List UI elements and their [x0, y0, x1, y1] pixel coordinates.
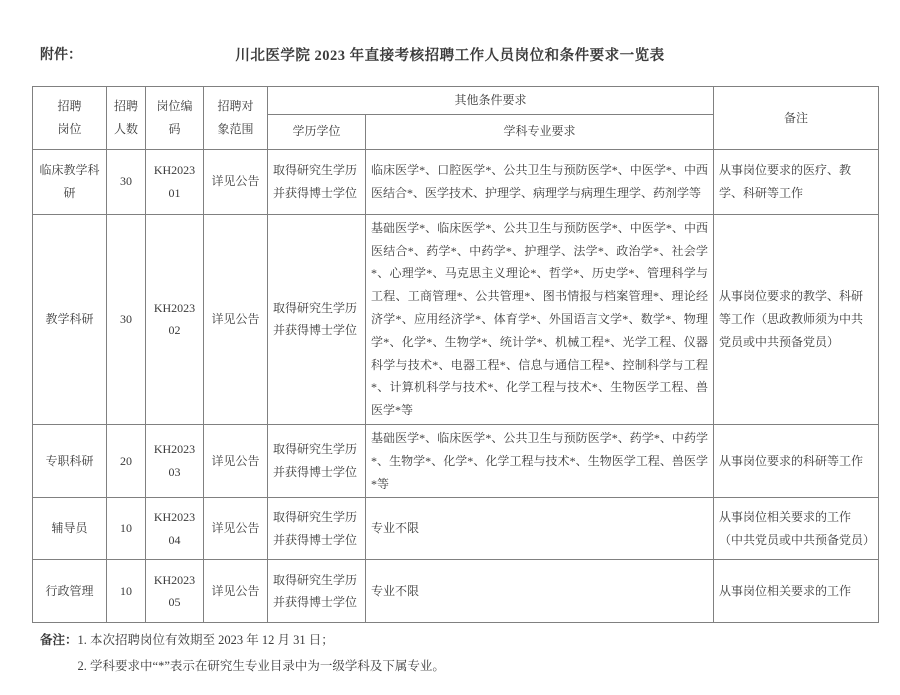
notes-list: 1. 本次招聘岗位有效期至 2023 年 12 月 31 日； 2. 学科要求中… — [78, 631, 445, 682]
header-degree: 学历学位 — [268, 114, 366, 149]
cell-scope: 详见公告 — [204, 424, 268, 497]
cell-code: KH202302 — [146, 214, 204, 424]
table-row: 行政管理 10 KH202305 详见公告 取得研究生学历 并获得博士学位 专业… — [33, 560, 879, 623]
header-remark: 备注 — [714, 87, 879, 150]
recruitment-table: 招聘 岗位 招聘 人数 岗位编码 招聘对 象范围 其他条件要求 备注 学历学位 … — [32, 86, 879, 623]
cell-majors: 专业不限 — [366, 498, 714, 560]
cell-degree: 取得研究生学历 并获得博士学位 — [268, 498, 366, 560]
cell-remark: 从事岗位要求的教学、科研等工作（思政教师须为中共党员或中共预备党员） — [714, 214, 879, 424]
cell-code: KH202303 — [146, 424, 204, 497]
cell-code: KH202305 — [146, 560, 204, 623]
header-majors: 学科专业要求 — [366, 114, 714, 149]
title-bar: 附件： 川北医学院 2023 年直接考核招聘工作人员岗位和条件要求一览表 — [0, 44, 900, 68]
header-other-conditions: 其他条件要求 — [268, 87, 714, 115]
footnotes: 备注： 1. 本次招聘岗位有效期至 2023 年 12 月 31 日； 2. 学… — [40, 631, 900, 682]
cell-count: 20 — [107, 424, 146, 497]
cell-remark: 从事岗位要求的科研等工作 — [714, 424, 879, 497]
cell-degree: 取得研究生学历 并获得博士学位 — [268, 214, 366, 424]
cell-remark: 从事岗位相关要求的工作 （中共党员或中共预备党员） — [714, 498, 879, 560]
cell-degree: 取得研究生学历 并获得博士学位 — [268, 424, 366, 497]
cell-post: 专职科研 — [33, 424, 107, 497]
cell-post: 辅导员 — [33, 498, 107, 560]
cell-code: KH202304 — [146, 498, 204, 560]
cell-scope: 详见公告 — [204, 498, 268, 560]
header-row-1: 招聘 岗位 招聘 人数 岗位编码 招聘对 象范围 其他条件要求 备注 — [33, 87, 879, 115]
table-row: 教学科研 30 KH202302 详见公告 取得研究生学历 并获得博士学位 基础… — [33, 214, 879, 424]
attachment-label: 附件： — [40, 44, 82, 64]
cell-scope: 详见公告 — [204, 560, 268, 623]
cell-degree: 取得研究生学历 并获得博士学位 — [268, 560, 366, 623]
document-page: 附件： 川北医学院 2023 年直接考核招聘工作人员岗位和条件要求一览表 招聘 … — [0, 0, 900, 695]
cell-count: 30 — [107, 214, 146, 424]
cell-code: KH202301 — [146, 149, 204, 214]
cell-scope: 详见公告 — [204, 149, 268, 214]
cell-count: 10 — [107, 560, 146, 623]
cell-post: 行政管理 — [33, 560, 107, 623]
cell-remark: 从事岗位要求的医疗、教学、科研等工作 — [714, 149, 879, 214]
page-title: 川北医学院 2023 年直接考核招聘工作人员岗位和条件要求一览表 — [0, 44, 900, 65]
cell-majors: 基础医学*、临床医学*、公共卫生与预防医学*、中医学*、中西医结合*、药学*、中… — [366, 214, 714, 424]
table-row: 辅导员 10 KH202304 详见公告 取得研究生学历 并获得博士学位 专业不… — [33, 498, 879, 560]
header-scope: 招聘对 象范围 — [204, 87, 268, 150]
cell-count: 10 — [107, 498, 146, 560]
note-line-2: 2. 学科要求中“*”表示在研究生专业目录中为一级学科及下属专业。 — [78, 657, 445, 676]
header-post: 招聘 岗位 — [33, 87, 107, 150]
cell-remark: 从事岗位相关要求的工作 — [714, 560, 879, 623]
cell-majors: 专业不限 — [366, 560, 714, 623]
cell-scope: 详见公告 — [204, 214, 268, 424]
note-line-1: 1. 本次招聘岗位有效期至 2023 年 12 月 31 日； — [78, 631, 445, 650]
cell-post: 教学科研 — [33, 214, 107, 424]
cell-degree: 取得研究生学历 并获得博士学位 — [268, 149, 366, 214]
table-row: 临床教学科研 30 KH202301 详见公告 取得研究生学历 并获得博士学位 … — [33, 149, 879, 214]
header-count: 招聘 人数 — [107, 87, 146, 150]
table-row: 专职科研 20 KH202303 详见公告 取得研究生学历 并获得博士学位 基础… — [33, 424, 879, 497]
cell-count: 30 — [107, 149, 146, 214]
notes-label: 备注： — [40, 631, 78, 682]
cell-majors: 临床医学*、口腔医学*、公共卫生与预防医学*、中医学*、中西医结合*、医学技术、… — [366, 149, 714, 214]
header-code: 岗位编码 — [146, 87, 204, 150]
cell-post: 临床教学科研 — [33, 149, 107, 214]
cell-majors: 基础医学*、临床医学*、公共卫生与预防医学*、药学*、中药学*、生物学*、化学*… — [366, 424, 714, 497]
